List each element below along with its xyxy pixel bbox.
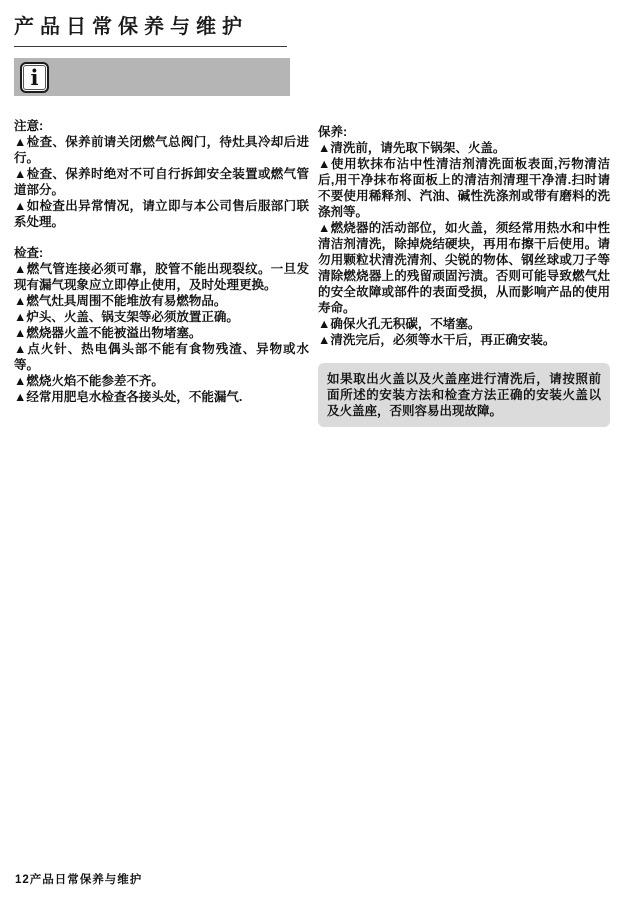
info-bar: i	[14, 58, 290, 96]
right-column: 保养: ▲清洗前，请先取下锅架、火盖。 ▲使用软抹布沾中性清洁剂清洗面板表面,污…	[318, 124, 610, 427]
title-underline	[14, 46, 287, 47]
bullet-item: ▲经常用肥皂水检查各接头处，不能漏气.	[14, 389, 309, 405]
bullet-item: ▲如检查出异常情况，请立即与本公司售后服部门联系处理。	[14, 198, 309, 230]
bullet-item: ▲确保火孔无积碳，不堵塞。	[318, 316, 610, 332]
page-footer: 12产品日常保养与维护	[15, 871, 142, 887]
bullet-item: ▲燃烧器的活动部位，如火盖，须经常用热水和中性清洁剂清洗，除掉烧结硬块，再用布擦…	[318, 220, 610, 316]
manual-page: 产品日常保养与维护 i 注意: ▲检查、保养前请关闭燃气总阀门，待灶具冷却后进行…	[0, 0, 619, 903]
bullet-item: ▲检查、保养前请关闭燃气总阀门，待灶具冷却后进行。	[14, 134, 309, 166]
bullet-item: ▲清洗完后，必须等水干后，再正确安装。	[318, 332, 610, 348]
info-icon: i	[20, 62, 49, 93]
bullet-item: ▲检查、保养时绝对不可自行拆卸安全装置或燃气管道部分。	[14, 166, 309, 198]
page-number: 12	[15, 874, 30, 886]
bullet-item: ▲使用软抹布沾中性清洁剂清洗面板表面,污物清洁后,用干净抹布将面板上的清洁剂清理…	[318, 156, 610, 220]
left-column: 注意: ▲检查、保养前请关闭燃气总阀门，待灶具冷却后进行。 ▲检查、保养时绝对不…	[14, 118, 309, 420]
bullet-item: ▲燃气灶具周围不能堆放有易燃物品。	[14, 293, 309, 309]
note-box: 如果取出火盖以及火盖座进行清洗后，请按照前面所述的安装方法和检查方法正确的安装火…	[318, 363, 610, 427]
bullet-item: ▲点火针、热电偶头部不能有食物残渣、异物或水等。	[14, 341, 309, 373]
notice-section: 注意: ▲检查、保养前请关闭燃气总阀门，待灶具冷却后进行。 ▲检查、保养时绝对不…	[14, 118, 309, 230]
bullet-item: ▲燃烧火焰不能参差不齐。	[14, 373, 309, 389]
bullet-item: ▲燃气管连接必须可靠，胶管不能出现裂纹。一旦发现有漏气现象应立即停止使用，及时处…	[14, 261, 309, 293]
care-section: 保养: ▲清洗前，请先取下锅架、火盖。 ▲使用软抹布沾中性清洁剂清洗面板表面,污…	[318, 124, 610, 348]
page-title: 产品日常保养与维护	[14, 10, 248, 39]
check-heading: 检查:	[14, 245, 309, 261]
bullet-item: ▲清洗前，请先取下锅架、火盖。	[318, 140, 610, 156]
footer-title: 产品日常保养与维护	[30, 874, 143, 886]
bullet-item: ▲炉头、火盖、锅支架等必须放置正确。	[14, 309, 309, 325]
check-section: 检查: ▲燃气管连接必须可靠，胶管不能出现裂纹。一旦发现有漏气现象应立即停止使用…	[14, 245, 309, 405]
notice-heading: 注意:	[14, 118, 309, 134]
care-heading: 保养:	[318, 124, 610, 140]
bullet-item: ▲燃烧器火盖不能被溢出物堵塞。	[14, 325, 309, 341]
